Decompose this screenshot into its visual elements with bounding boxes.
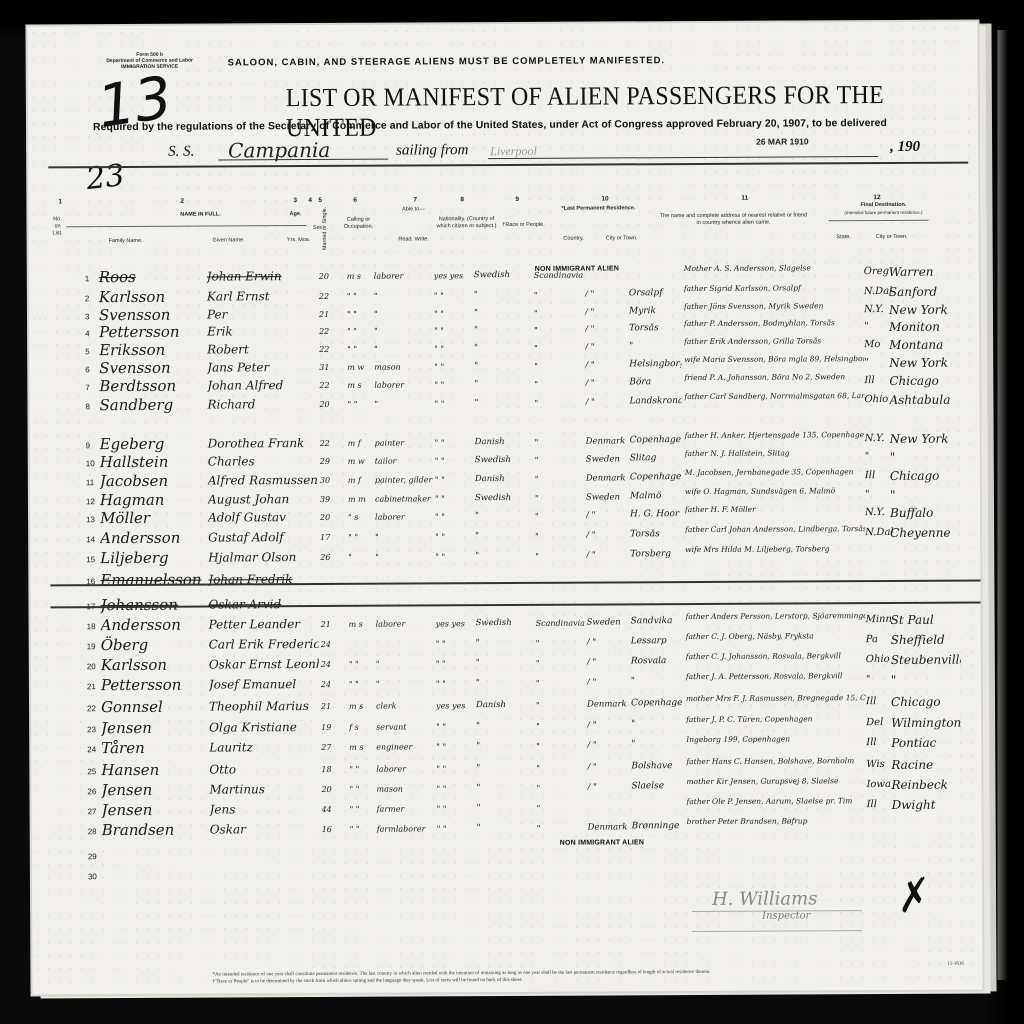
nearest-relative: father Jöns Svensson, Myrik Sweden xyxy=(684,302,864,311)
occupation: laborer xyxy=(374,271,434,280)
sex-marital: " " xyxy=(348,533,374,542)
race: " xyxy=(534,326,584,335)
race: " xyxy=(536,639,586,648)
occupation: laborer xyxy=(376,764,436,773)
occupation: " xyxy=(376,679,436,688)
destination-state: Ill xyxy=(866,737,894,748)
table-row: 21 Pettersson Josef Emanuel 24 " " " " "… xyxy=(31,672,981,695)
header-dest-city: City or Town. xyxy=(867,234,917,241)
residence-city: Orsalpf xyxy=(629,288,681,298)
header-last-residence: *Last Permanent Residence. xyxy=(548,205,648,213)
col-num: 8 xyxy=(460,196,464,203)
residence-country: / " xyxy=(585,324,629,334)
given-name: Johan Alfred xyxy=(207,378,317,393)
destination-state: " xyxy=(865,489,893,500)
age: 44 xyxy=(322,805,346,814)
header-married-single: Married or Single. xyxy=(322,203,329,253)
nearest-relative: father Sigrid Karlsson, Orsalpf xyxy=(684,284,864,293)
family-name: Jensen xyxy=(101,781,209,800)
age: 24 xyxy=(321,660,345,669)
inspector-title: Inspector xyxy=(762,910,810,921)
header-calling: Calling or Occupation. xyxy=(338,217,378,231)
header-relative: The name and complete address of nearest… xyxy=(658,212,808,227)
destination-state: Ohio xyxy=(864,394,892,405)
row-number: 4 xyxy=(85,329,99,338)
given-name: Per xyxy=(207,307,317,322)
family-name: Pettersson xyxy=(99,323,207,342)
age: 18 xyxy=(321,765,345,774)
race: " xyxy=(536,722,586,731)
family-name: Öberg xyxy=(101,636,209,655)
given-name: Adolf Gustav xyxy=(208,510,318,525)
given-name: Charles xyxy=(208,454,318,469)
race: " xyxy=(536,679,586,688)
given-name: Erik xyxy=(207,324,317,339)
race: " xyxy=(536,659,586,668)
residence-country: / " xyxy=(587,677,631,687)
race: " xyxy=(535,456,585,465)
age: 22 xyxy=(320,439,344,448)
age: 16 xyxy=(322,825,346,834)
residence-city: " xyxy=(631,719,683,729)
race: " xyxy=(535,532,585,541)
nationality: " xyxy=(474,361,532,371)
nationality: Swedish xyxy=(475,493,533,503)
col-num: 4 xyxy=(308,197,312,204)
nationality: " xyxy=(476,638,534,648)
residence-city: Slaelse xyxy=(631,781,683,791)
destination-city: " xyxy=(891,673,961,687)
read-write: " " xyxy=(436,784,476,793)
row-number: 9 xyxy=(86,441,100,450)
nearest-relative: father Anders Persson, Lerstorp, Sjöarem… xyxy=(686,612,866,621)
table-row: 26 Jensen Martinus 20 " " mason " " " " … xyxy=(31,777,981,800)
table-row: 27 Jensen Jens 44 " " farmer " " " " fat… xyxy=(32,797,982,820)
age: 19 xyxy=(321,723,345,732)
family-name: Pettersson xyxy=(101,676,209,695)
family-name: Roos xyxy=(99,268,207,287)
row-number: 15 xyxy=(86,555,100,564)
nationality: " xyxy=(476,763,534,773)
nearest-relative: M. Jacobsen, Jernbanegade 35, Copenhagen xyxy=(685,468,865,477)
inspector-signature: H. Williams xyxy=(712,888,817,910)
read-write: " " xyxy=(436,764,476,773)
residence-city: Myrik xyxy=(629,306,681,316)
family-name: Emanuelsson xyxy=(100,571,208,590)
sex-marital: " " xyxy=(347,400,373,409)
header-age: Age. xyxy=(280,211,310,218)
family-name: Tåren xyxy=(101,739,209,758)
given-name: Theophil Marius xyxy=(209,699,319,714)
destination-state: Minn xyxy=(866,614,894,625)
sex-marital: " " xyxy=(350,825,376,834)
race: " xyxy=(535,494,585,503)
residence-city: Lessarp xyxy=(631,636,683,646)
col-num: 3 xyxy=(293,197,297,204)
row-number: 26 xyxy=(87,787,101,796)
header-rule xyxy=(48,162,968,169)
nearest-relative: father Carl Johan Andersson, Lindberga, … xyxy=(685,525,865,534)
read-write: " " xyxy=(437,804,477,813)
age: 20 xyxy=(321,785,345,794)
nearest-relative: mother Mrs F. J. Rasmussen, Bregnegade 1… xyxy=(686,694,866,703)
occupation: clerk xyxy=(376,701,436,710)
row-number: 13 xyxy=(86,515,100,524)
destination-city: Moniton xyxy=(889,320,959,334)
col-num: 10 xyxy=(601,195,608,202)
right-scan-shadow xyxy=(984,0,1024,1024)
occupation: " xyxy=(374,326,434,335)
sex-marital: " s xyxy=(348,513,374,522)
read-write: " " xyxy=(434,326,474,335)
non-immigrant-stamp: NON IMMIGRANT ALIEN xyxy=(535,265,619,272)
year-suffix: , 190 xyxy=(890,139,920,156)
age: 22 xyxy=(319,292,343,301)
destination-state: " xyxy=(866,674,894,685)
occupation: painter, gilder xyxy=(375,475,435,484)
table-row: 20 Karlsson Oskar Ernst Leonhard 24 " " … xyxy=(31,652,981,675)
nearest-relative xyxy=(687,862,867,863)
date-stamp: 26 MAR 1910 xyxy=(756,136,809,146)
occupation: cabinetmaker xyxy=(375,494,435,503)
nationality: " xyxy=(474,343,532,353)
row-number: 12 xyxy=(86,497,100,506)
destination-state: Ill xyxy=(865,470,893,481)
age: 20 xyxy=(320,513,344,522)
occupation: " xyxy=(374,344,434,353)
nearest-relative: father P. Andersson, Bodmyhlan, Torsås xyxy=(684,319,864,328)
read-write: yes yes xyxy=(436,701,476,710)
header-race: †Race or People. xyxy=(499,222,549,229)
row-number: 8 xyxy=(85,402,99,411)
given-name: Dorothea Frank xyxy=(208,436,318,451)
destination-state: N.Dak xyxy=(865,527,893,538)
given-name: August Johan xyxy=(208,492,318,507)
destination-city: Ashtabula xyxy=(889,393,959,407)
table-row: 30 xyxy=(32,862,982,885)
residence-country: Denmark xyxy=(586,436,630,446)
nearest-relative: father H. F. Möller xyxy=(685,505,865,514)
occupation: mason xyxy=(374,362,434,371)
nationality: " xyxy=(476,678,534,688)
destination-state: Ill xyxy=(866,696,894,707)
nearest-relative: father J. P. C. Türen, Copenhagen xyxy=(686,715,866,724)
given-name: Johan Erwin xyxy=(207,269,317,284)
family-name: Svensson xyxy=(99,306,207,325)
row-number: 24 xyxy=(87,745,101,754)
family-name: Jensen xyxy=(101,719,209,738)
residence-city: Copenhagen xyxy=(630,435,682,445)
residence-city: Bolshave xyxy=(631,761,683,771)
destination-city: Chicago xyxy=(889,374,959,388)
row-number: 28 xyxy=(88,827,102,836)
read-write: yes yes xyxy=(434,271,474,280)
family-name: Liljeberg xyxy=(100,549,208,568)
table-row: 1 Roos Johan Erwin 20 m s laborer yes ye… xyxy=(29,264,979,287)
residence-country: Sweden xyxy=(586,454,630,464)
nationality: Danish xyxy=(475,437,533,447)
header-able-to: Able to— xyxy=(393,206,433,213)
occupation: engineer xyxy=(376,742,436,751)
header-given-name: Given Name. xyxy=(194,237,264,244)
age: 21 xyxy=(319,310,343,319)
nationality: " xyxy=(476,741,534,751)
given-name: Carl Erik Frederick xyxy=(209,637,319,652)
nearest-relative: father J. A. Pettersson, Rosvala, Bergkv… xyxy=(686,672,866,681)
read-write: " " xyxy=(434,344,474,353)
read-write: " " xyxy=(436,639,476,648)
read-write: " " xyxy=(434,380,474,389)
residence-city: Torsås xyxy=(629,323,681,333)
nationality: Swedish xyxy=(475,455,533,465)
age: 22 xyxy=(319,327,343,336)
footnotes: *An intended residence of one year shall… xyxy=(212,969,710,986)
sex-marital: m w xyxy=(347,363,373,372)
occupation: " xyxy=(374,309,434,318)
form-code: 11-1616 xyxy=(947,962,964,967)
destination-city: Sheffield xyxy=(891,633,961,647)
age: 22 xyxy=(319,381,343,390)
nearest-relative: wife Maria Svensson, Böra mgla 89, Helsi… xyxy=(684,355,864,364)
occupation: farmlaborer xyxy=(377,824,437,833)
destination-state: N.Y. xyxy=(865,507,893,518)
residence-city: Slitag xyxy=(630,453,682,463)
residence-city: Malmö xyxy=(630,491,682,501)
col-num: 11 xyxy=(741,195,748,202)
col-num: 9 xyxy=(515,196,519,203)
nearest-relative: father Erik Andersson, Grilla Torsås xyxy=(684,337,864,346)
row-number: 2 xyxy=(85,294,99,303)
race: " xyxy=(536,784,586,793)
given-name: Gustaf Adolf xyxy=(208,530,318,545)
given-name: Martinus xyxy=(209,782,319,797)
destination-city: Warren xyxy=(889,265,959,279)
residence-city: " xyxy=(629,341,681,351)
occupation: tailor xyxy=(375,456,435,465)
age: 20 xyxy=(319,272,343,281)
residence-country: / " xyxy=(585,307,629,317)
destination-city: New York xyxy=(890,432,960,446)
residence-city: H. G. Hoor xyxy=(630,509,682,519)
family-name: Karlsson xyxy=(99,288,207,307)
destination-city: Buffalo xyxy=(890,506,960,520)
occupation: mason xyxy=(376,784,436,793)
age: 24 xyxy=(321,640,345,649)
header-final-dest-note: (Intended future permanent residence.) xyxy=(838,209,928,216)
family-name: Karlsson xyxy=(101,656,209,675)
given-name: Alfred Rasmussen xyxy=(208,473,318,488)
header-city-town: City or Town. xyxy=(597,235,647,242)
nearest-relative xyxy=(687,842,867,843)
read-write: " " xyxy=(434,309,474,318)
read-write: " " xyxy=(435,552,475,561)
col-num: 2 xyxy=(180,198,184,205)
residence-country: / " xyxy=(587,740,631,750)
destination-city: Pontiac xyxy=(891,736,961,750)
family-name: Berdtsson xyxy=(99,377,207,396)
given-name: Josef Emanuel xyxy=(209,677,319,692)
race: " xyxy=(534,362,584,371)
residence-country: / " xyxy=(586,510,630,520)
nationality: " xyxy=(475,511,533,521)
row-number: 20 xyxy=(87,662,101,671)
race: " xyxy=(535,475,585,484)
residence-city: Landskrona xyxy=(629,396,681,406)
read-write: " " xyxy=(436,722,476,731)
ship-prefix: S. S. xyxy=(168,144,194,161)
read-write: " " xyxy=(435,456,475,465)
sex-marital: m s xyxy=(347,272,373,281)
family-name xyxy=(102,866,210,867)
family-name: Möller xyxy=(100,509,208,528)
row-number: 18 xyxy=(87,622,101,631)
nationality: Swedish xyxy=(474,270,532,280)
age: 21 xyxy=(321,620,345,629)
residence-city: Böra xyxy=(629,377,681,387)
nationality: " xyxy=(476,658,534,668)
race: " xyxy=(534,344,584,353)
read-write: " " xyxy=(436,742,476,751)
age: 26 xyxy=(320,553,344,562)
age: 20 xyxy=(319,400,343,409)
age: 24 xyxy=(321,680,345,689)
residence-country: Denmark xyxy=(588,822,632,832)
table-row: 28 Brandsen Oskar 16 " " farmlaborer " "… xyxy=(32,817,982,840)
residence-country: / " xyxy=(585,289,629,299)
destination-city: Chicago xyxy=(891,695,961,709)
given-name: Olga Kristiane xyxy=(209,720,319,735)
read-write: " " xyxy=(436,659,476,668)
sex-marital: m s xyxy=(349,743,375,752)
sex-marital: " " xyxy=(349,660,375,669)
row-number: 22 xyxy=(87,704,101,713)
race: " xyxy=(535,552,585,561)
race: " xyxy=(534,380,584,389)
destination-city: Chicago xyxy=(890,469,960,483)
given-name: Jens xyxy=(210,802,320,817)
sex-marital: m m xyxy=(348,495,374,504)
race: " xyxy=(536,742,586,751)
nearest-relative xyxy=(685,567,865,568)
occupation: " xyxy=(376,659,436,668)
destination-city: Montana xyxy=(889,338,959,352)
nearest-relative: Mother A. S. Andersson, Slagelse xyxy=(684,264,864,273)
nationality: " xyxy=(474,398,532,408)
nationality: " xyxy=(477,803,535,813)
read-write: " " xyxy=(434,399,474,408)
table-row: 23 Jensen Olga Kristiane 19 f s servant … xyxy=(31,715,981,738)
destination-city: Cheyenne xyxy=(890,526,960,540)
residence-country: / " xyxy=(585,378,629,388)
header-country: Country. xyxy=(559,236,589,243)
destination-state: Iowa xyxy=(866,779,894,790)
nearest-relative: father Hans C. Hansen, Bolshave, Bornhol… xyxy=(686,757,866,766)
race: " xyxy=(534,309,584,318)
nearest-relative: father Carl Sandberg, Norrmalmsgatan 68,… xyxy=(684,392,864,401)
destination-city: Sanford xyxy=(889,285,959,299)
destination-city: Reinbeck xyxy=(891,778,961,792)
occupation: servant xyxy=(376,722,436,731)
nationality: " xyxy=(475,531,533,541)
family-name: Eriksson xyxy=(99,341,207,360)
col-num: 6 xyxy=(353,197,357,204)
row-number: 5 xyxy=(85,347,99,356)
date-underline xyxy=(488,156,878,159)
given-name: Hjalmar Olson xyxy=(208,550,318,565)
signature-line xyxy=(692,930,862,932)
table-row: 15 Liljeberg Hjalmar Olson 26 " " " " " … xyxy=(30,545,980,568)
residence-city: " xyxy=(631,676,683,686)
row-number: 11 xyxy=(86,478,100,487)
nationality: Swedish xyxy=(476,618,534,628)
row-number: 25 xyxy=(87,767,101,776)
nearest-relative: father C. J. Johansson, Rosvala, Bergkvi… xyxy=(686,652,866,661)
residence-country: / " xyxy=(587,657,631,667)
table-row: 14 Andersson Gustaf Adolf 17 " " " " " "… xyxy=(30,525,980,548)
destination-city: Dwight xyxy=(892,798,962,812)
destination-state: " xyxy=(864,357,892,368)
nearest-relative: father N. J. Hallstein, Slitag xyxy=(685,449,865,458)
manifest-page: Form 500 b Department of Commerce and La… xyxy=(27,22,982,995)
read-write: " " xyxy=(435,494,475,503)
read-write: " " xyxy=(435,512,475,521)
header-nationality: Nationality. (Country of which citizen o… xyxy=(436,216,496,230)
destination-city: New York xyxy=(889,303,959,317)
sex-marital: " xyxy=(348,553,374,562)
destination-city: Racine xyxy=(891,758,961,772)
banner: SALOON, CABIN, AND STEERAGE ALIENS MUST … xyxy=(228,55,666,68)
destination-city: Wilmington xyxy=(891,716,961,730)
row-number: 27 xyxy=(88,807,102,816)
given-name xyxy=(210,847,320,848)
nearest-relative xyxy=(685,592,865,593)
nearest-relative: mother Kir Jensen, Gurupsvej 8, Slaelse xyxy=(686,777,866,786)
family-name: Hagman xyxy=(100,491,208,510)
occupation: laborer xyxy=(376,619,436,628)
race: " xyxy=(534,399,584,408)
nearest-relative: friend P. A. Johansson, Böra No 2, Swede… xyxy=(684,373,864,382)
given-name: Robert xyxy=(207,342,317,357)
residence-country: / " xyxy=(586,530,630,540)
occupation: farmer xyxy=(377,804,437,813)
row-number: 6 xyxy=(85,365,99,374)
age: 29 xyxy=(320,457,344,466)
occupation: " xyxy=(374,291,434,300)
family-name: Egeberg xyxy=(100,435,208,454)
destination-state: Del xyxy=(866,717,894,728)
residence-country: / " xyxy=(587,782,631,792)
residence-country: / " xyxy=(587,637,631,647)
residence-country: / " xyxy=(585,342,629,352)
race: " xyxy=(536,701,586,710)
col-num: 12 xyxy=(873,194,880,201)
family-name: Andersson xyxy=(101,616,209,635)
age: 31 xyxy=(319,363,343,372)
sex-marital: " " xyxy=(347,345,373,354)
header-state: State. xyxy=(829,234,859,241)
family-name: Gonnsel xyxy=(101,698,209,717)
header-family-name: Family Name. xyxy=(91,238,161,245)
destination-state: " xyxy=(864,321,892,332)
residence-country: Sweden xyxy=(587,617,631,627)
row-number: 19 xyxy=(87,642,101,651)
given-name: Otto xyxy=(209,762,319,777)
destination-city: New York xyxy=(889,356,959,370)
destination-state: Ohio xyxy=(866,654,894,665)
row-number: 29 xyxy=(88,852,102,861)
row-number: 23 xyxy=(87,725,101,734)
destination-state: Mo xyxy=(864,339,892,350)
